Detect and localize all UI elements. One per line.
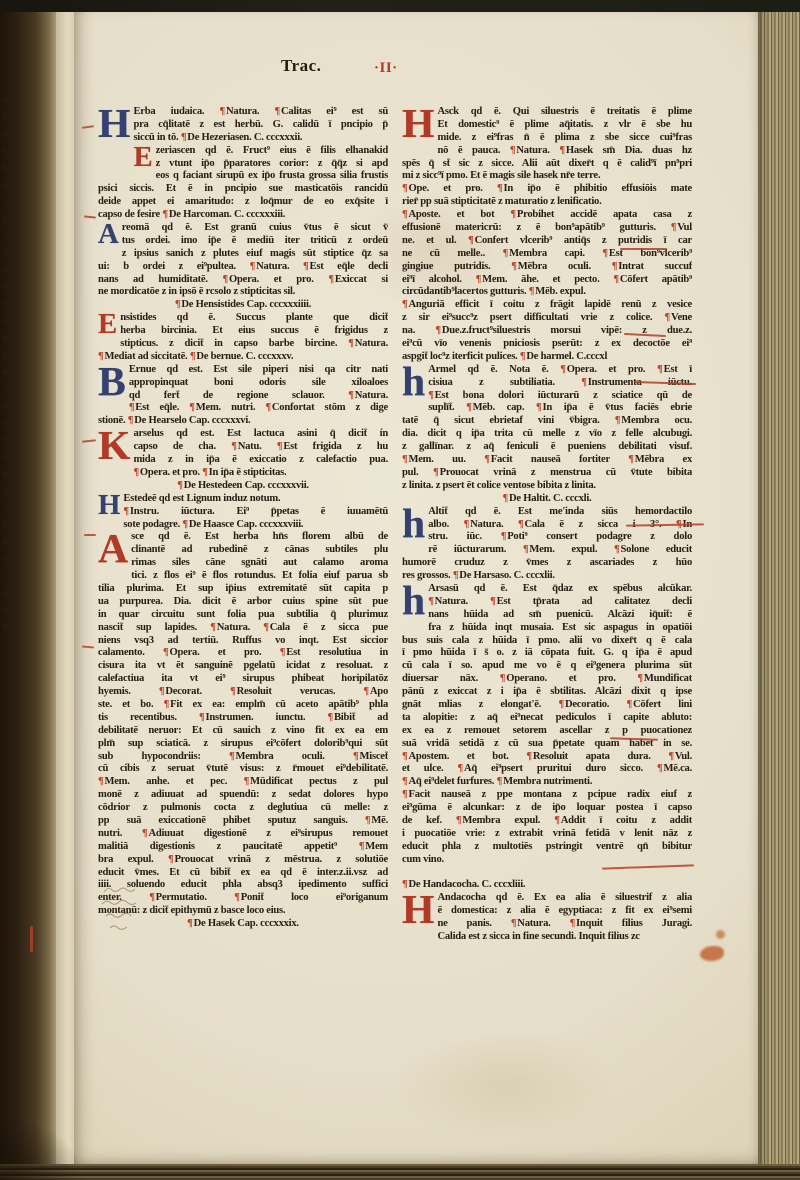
text-line xyxy=(402,867,692,880)
text-line: deide appet ei amaritudo: z loq̄mur de e… xyxy=(98,196,388,209)
text-column-left: HErba iudaica. ¶Natura. ¶Calitas ei⁹ est… xyxy=(98,106,388,931)
pilcrow-icon: ¶ xyxy=(628,454,634,465)
pilcrow-icon: ¶ xyxy=(229,751,235,762)
bleed-text-fragment: sci xyxy=(2,232,24,240)
text-line: ¶Est eq̄le. ¶Mem. nutri. ¶Confortat stōm… xyxy=(129,402,388,415)
text-line: stru. iūc. ¶Poti⁹ consert podagre z dolo xyxy=(428,531,692,544)
text-line: res grossos. ¶De Harsaso. C. cccxlii. xyxy=(402,570,692,583)
bleed-text-fragment: ois xyxy=(2,487,24,495)
paragraph: Areomā qd ē. Est granū cuius v̄tus ē sic… xyxy=(98,222,388,312)
pilcrow-icon: ¶ xyxy=(671,222,677,233)
pilcrow-icon: ¶ xyxy=(328,712,334,723)
paragraph: Asce qd ē. Est herba hn̄s florem albū de… xyxy=(98,531,388,931)
pilcrow-icon: ¶ xyxy=(433,467,439,478)
text-line: clinantē ad rubedinē z cānas subtiles pl… xyxy=(131,544,388,557)
text-line: malitiā digestionis z paucitatē appetit⁹… xyxy=(98,841,388,854)
text-line: arselus qd est. Est lactuca asini q̄ dic… xyxy=(133,428,388,441)
text-line: ¶Apostem. et bot. ¶Resoluit apata dura. … xyxy=(402,751,692,764)
text-line: bus suis cala z hūida ī pmo. alii vo dix… xyxy=(402,635,692,648)
drop-cap-initial: K xyxy=(98,429,130,468)
pilcrow-icon: ¶ xyxy=(275,106,281,117)
drop-cap-initial: h xyxy=(402,365,425,404)
text-line: tici. z flos ei⁹ ē flos rotundus. Et fol… xyxy=(131,570,388,583)
text-line: z gallīnar. z aq̄ feniculi ē pueniens de… xyxy=(402,441,692,454)
pilcrow-icon: ¶ xyxy=(244,776,250,787)
pilcrow-icon: ¶ xyxy=(181,132,187,143)
paper-stain xyxy=(394,1030,614,1140)
pilcrow-icon: ¶ xyxy=(668,751,674,762)
pilcrow-icon: ¶ xyxy=(129,402,135,413)
pilcrow-icon: ¶ xyxy=(123,506,129,517)
text-line: plm̄ sup sciaticā. z sirupus ei⁹cōfert d… xyxy=(98,738,388,751)
text-line: ¶Anguriā efficit ī coitu z frāgit lapidē… xyxy=(402,299,692,312)
bleed-text-fragment: cat xyxy=(2,198,24,206)
pilcrow-icon: ¶ xyxy=(402,776,408,787)
text-line: tatē q̄ sicut ebrietaf vini v̄bigra. ¶Me… xyxy=(402,415,692,428)
paragraph: HErba iudaica. ¶Natura. ¶Calitas ei⁹ est… xyxy=(98,106,388,145)
bleed-text-fragment: se xyxy=(2,130,24,138)
text-line: ne. et ul. ¶Confert vlcerib⁹ antiq̄s z p… xyxy=(402,235,692,248)
text-line: z linita. z psert ēt colice ventose bibi… xyxy=(402,480,692,493)
text-line: aspgit̄ loc⁹z iterficit pulices. ¶De har… xyxy=(402,351,692,364)
text-line: mi z sicc⁹ī pmo. Et ē magis sile hasek n… xyxy=(402,170,692,183)
text-line: sce qd ē. Est herba hn̄s florem albū de xyxy=(131,531,388,544)
facing-page-text-fragments: latuzsen,b,discatnasciia.oifnaosiscrusde… xyxy=(2,96,24,816)
pilcrow-icon: ¶ xyxy=(612,261,618,272)
bleed-text-fragment: y se xyxy=(2,572,24,580)
pilcrow-icon: ¶ xyxy=(637,673,643,684)
text-line: suplīt̄. ¶Mēb. cap. ¶In ip̄a ē v̄tus fac… xyxy=(428,402,692,415)
pilcrow-icon: ¶ xyxy=(581,377,587,388)
paragraph: HAndacocha qd ē. Ex ea alia ē siluestrif… xyxy=(402,892,692,944)
pilcrow-icon: ¶ xyxy=(230,686,236,697)
text-line: ¶Aposte. et bot ¶Probihet accidē apata c… xyxy=(402,209,692,222)
pilcrow-icon: ¶ xyxy=(231,441,237,452)
text-line: de kef. ¶Membra expul. ¶Addit ī coitu z … xyxy=(402,815,692,828)
bleed-text-fragment: lo. xyxy=(2,623,24,631)
pilcrow-icon: ¶ xyxy=(511,918,517,929)
bleed-text-fragment: us xyxy=(2,334,24,342)
pilcrow-icon: ¶ xyxy=(615,415,621,426)
pilcrow-icon: ¶ xyxy=(520,351,526,362)
pilcrow-icon: ¶ xyxy=(402,209,408,220)
text-line: nascit̄ sup lapides. ¶Natura. ¶Cala ē z … xyxy=(98,622,388,635)
pilcrow-icon: ¶ xyxy=(466,402,472,413)
pilcrow-icon: ¶ xyxy=(456,815,462,826)
pilcrow-icon: ¶ xyxy=(476,274,482,285)
paragraph: hArmel qd ē. Nota ē. ¶Opera. et pro. ¶Es… xyxy=(402,364,692,506)
text-line: cum vino. xyxy=(402,854,692,867)
text-line: gnāt mlias z elongat'ē. ¶Decoratio. ¶Cōf… xyxy=(402,699,692,712)
text-line: pra cq̄litatē z est herbū. G. calidū ī p… xyxy=(133,119,388,132)
bleed-text-fragment: ouo xyxy=(2,606,24,614)
drop-cap-initial: H xyxy=(402,107,434,146)
pilcrow-icon: ¶ xyxy=(303,261,309,272)
text-line: fra z hūida inqt musaia. Est sic aspagus… xyxy=(428,622,692,635)
text-line: dia. dicit q ip̄a trita cū melle z vīo z… xyxy=(402,428,692,441)
text-line: effusionē matericrū: z ē bon⁹apātib⁹ gut… xyxy=(402,222,692,235)
text-line: ¶De Haltit. C. cccxli. xyxy=(402,493,692,506)
pilcrow-icon: ¶ xyxy=(570,918,576,929)
text-line: sub hypocondriis: ¶Membra oculi. ¶Miscet… xyxy=(98,751,388,764)
pilcrow-icon: ¶ xyxy=(98,776,104,787)
text-line: i puocatiōe vrie: z extrabit vrinā fetid… xyxy=(402,828,692,841)
pilcrow-icon: ¶ xyxy=(510,145,516,156)
text-line: calefactiua ita vt ei⁹ sirupus phibeat h… xyxy=(98,673,388,686)
pilcrow-icon: ¶ xyxy=(453,570,459,581)
text-line: Estedeē qd est Lignum induz notum. xyxy=(123,493,388,506)
text-line: ¶Instru. iūctura. Ei⁹ p̄petas ē iuuamētū xyxy=(123,506,388,519)
pilcrow-icon: ¶ xyxy=(657,364,663,375)
text-line: nutri. ¶Adiuuat digestionē z ei⁹sirupus … xyxy=(98,828,388,841)
rubric-stroke xyxy=(82,645,94,648)
text-line: herba bircinia. Et eius succus ē frigidu… xyxy=(120,325,388,338)
pilcrow-icon: ¶ xyxy=(560,364,566,375)
text-line: ¶Mediat ad siccitatē. ¶De bernue. C. ccc… xyxy=(98,351,388,364)
bleed-text-fragment: ful xyxy=(2,368,24,376)
paragraph: BErnue qd est. Est sile piperi nisi qa c… xyxy=(98,364,388,428)
text-line: ei⁹cū vīo venenis pniciosis pserūt: z ex… xyxy=(402,338,692,351)
drop-cap-initial: E xyxy=(98,313,117,339)
pilcrow-icon: ¶ xyxy=(464,519,470,530)
pilcrow-icon: ¶ xyxy=(613,274,619,285)
text-line: rier̄ pp suā stipticitatē z maturatio z … xyxy=(402,196,692,209)
pilcrow-icon: ¶ xyxy=(503,248,509,259)
bleed-text-fragment: na xyxy=(2,283,24,291)
text-line: rē iūcturarum. ¶Mem. expul. ¶Solone educ… xyxy=(428,544,692,557)
pilcrow-icon: ¶ xyxy=(159,686,165,697)
pilcrow-icon: ¶ xyxy=(163,647,169,658)
bleed-text-fragment: sci xyxy=(2,504,24,512)
pilcrow-icon: ¶ xyxy=(501,531,507,542)
text-line: ¶De Hensistides Cap. cccxxxiiii. xyxy=(98,299,388,312)
pilcrow-icon: ¶ xyxy=(402,454,408,465)
text-line: ste. et bo. ¶Fit ex ea: emplm̄ cū aceto … xyxy=(98,699,388,712)
bleed-text-fragment: ne xyxy=(2,589,24,597)
paragraph: Karselus qd est. Est lactuca asini q̄ di… xyxy=(98,428,388,492)
pilcrow-icon: ¶ xyxy=(277,441,283,452)
pilcrow-icon: ¶ xyxy=(187,918,193,929)
text-line: ¶De Handacocha. C. cccxliii. xyxy=(402,879,692,892)
pilcrow-icon: ¶ xyxy=(234,892,240,903)
drop-cap-initial: h xyxy=(402,507,425,546)
bleed-text-fragment: sci xyxy=(2,419,24,427)
text-line: mide. z ei⁹fras n̄ ē plima z sbe sicce c… xyxy=(437,132,692,145)
pilcrow-icon: ¶ xyxy=(627,699,633,710)
pilcrow-icon: ¶ xyxy=(511,261,517,272)
paragraph: hAltit̄ qd ē. Est me'inda siūs hemordact… xyxy=(402,506,692,583)
pilcrow-icon: ¶ xyxy=(402,789,408,800)
text-line: ¶Opera. et pro. ¶In ip̄a ē stipticitas. xyxy=(133,467,388,480)
bleed-text-fragment: ipe xyxy=(2,470,24,478)
text-line: Armel qd ē. Nota ē. ¶Opera. et pro. ¶Est… xyxy=(428,364,692,377)
paragraph: Ezeriascen qd ē. Fruct⁹ eius ē filis elh… xyxy=(98,145,388,222)
pilcrow-icon: ¶ xyxy=(497,776,503,787)
folio-number: ·II· xyxy=(374,60,398,77)
text-line: cū cala ī so. apud me vo ē q ei⁹genera p… xyxy=(402,660,692,673)
pilcrow-icon: ¶ xyxy=(365,815,371,826)
text-line: pul. ¶Prouocat vrinā z menstrua cū v̄tut… xyxy=(402,467,692,480)
paragraph: Ensistides qd ē. Succus plante que dicit… xyxy=(98,312,388,364)
text-line: ei⁹gūma ē alcunkar: z de ip̄o loquar pos… xyxy=(402,802,692,815)
text-line: debilitatē neruor: Et cū sauich z vino f… xyxy=(98,725,388,738)
text-line: Et domestic⁹ ē plime aq̄itatis. z vlr ē … xyxy=(437,119,692,132)
drop-cap-initial: B xyxy=(98,365,126,404)
text-line: stipticus. z dicit̄ in capso barbe birci… xyxy=(120,338,388,351)
text-line: qd̄ fert̄ de regione sclauor. ¶Natura. xyxy=(129,390,388,403)
pilcrow-icon: ¶ xyxy=(348,338,354,349)
text-line: pp suā exiccationē phibet sputuz sanguis… xyxy=(98,815,388,828)
pilcrow-icon: ¶ xyxy=(536,402,542,413)
text-line: tis recentibus. ¶Instrumen. iunctu. ¶Bib… xyxy=(98,712,388,725)
bleed-text-fragment: oif xyxy=(2,266,24,274)
text-line: ē domestica: z alia ē egyptiaca: z fit e… xyxy=(437,905,692,918)
pilcrow-icon: ¶ xyxy=(402,183,408,194)
text-line: humorē cruduz z v̄mes z ascariades z hūo xyxy=(402,557,692,570)
pilcrow-icon: ¶ xyxy=(223,274,229,285)
corner-shadow xyxy=(0,1090,120,1180)
drop-cap-initial: H xyxy=(98,107,130,146)
text-line: ua purpurea. Dia. dicit ē arbor cuius sp… xyxy=(98,596,388,609)
ink-smudge-stain xyxy=(716,930,725,939)
text-line: cū cibis z seruat v̄tutē visus: z r̄moue… xyxy=(98,763,388,776)
text-line: capso de fesire ¶De Harcoman. C. cccxxxi… xyxy=(98,209,388,222)
pilcrow-icon: ¶ xyxy=(359,841,365,852)
pilcrow-icon: ¶ xyxy=(164,699,170,710)
text-line: circūdantib⁹lacertos gutturis. ¶Mēb. exp… xyxy=(402,286,692,299)
text-line: z vtunt ip̄o p̄paratores corior: z q̄q̄z… xyxy=(156,158,388,171)
pilcrow-icon: ¶ xyxy=(175,299,181,310)
text-line: Erba iudaica. ¶Natura. ¶Calitas ei⁹ est … xyxy=(133,106,388,119)
bleed-text-fragment: ro xyxy=(2,453,24,461)
top-edge xyxy=(0,0,800,12)
rubric-stroke-vertical xyxy=(30,926,33,952)
pilcrow-icon: ¶ xyxy=(435,325,441,336)
pilcrow-icon: ¶ xyxy=(490,596,496,607)
text-line: ¶Mem. anhe. et pec. ¶Mūdificat pectus z … xyxy=(98,776,388,789)
bleed-text-fragment: va xyxy=(2,385,24,393)
text-line: Ernue qd est. Est sile piperi nisi qa ci… xyxy=(129,364,388,377)
text-line: capso de cha. ¶Natu. ¶Est frigida z hu xyxy=(133,441,388,454)
drop-cap-initial: E xyxy=(133,146,152,172)
text-line: ui: b ordei z ei⁹pultea. ¶Natura. ¶Est e… xyxy=(98,261,388,274)
text-line: ī pmo hūida ī s̄ o. z iā cōpata fuit. G.… xyxy=(402,647,692,660)
text-line: ex ea z remouet setorem ascellar z p puo… xyxy=(402,725,692,738)
pilcrow-icon: ¶ xyxy=(210,622,216,633)
pilcrow-icon: ¶ xyxy=(353,751,359,762)
pilcrow-icon: ¶ xyxy=(529,286,535,297)
pilcrow-icon: ¶ xyxy=(263,622,269,633)
pilcrow-icon: ¶ xyxy=(428,596,434,607)
rubric-stroke xyxy=(82,125,94,129)
text-line: ¶Ope. et pro. ¶In ip̄o ē phibitio effusi… xyxy=(402,183,692,196)
text-line: nō ē pauca. ¶Natura. ¶Hasek sm̄ Dia. dua… xyxy=(437,145,692,158)
pilcrow-icon: ¶ xyxy=(468,235,474,246)
text-line: psici siccis. Et ē in pncipio sue mastic… xyxy=(98,183,388,196)
drop-cap-initial: H xyxy=(98,494,120,520)
text-line: cisura ita vt ēt sanguinē pgelatū icidat… xyxy=(98,660,388,673)
text-line: cōdrior z pulmonis cocta z deglutiua cū … xyxy=(98,802,388,815)
pilcrow-icon: ¶ xyxy=(199,712,205,723)
text-line: nans hūida ad sm̄ puenicū. Alcāzi iq̄uit… xyxy=(428,609,692,622)
text-line: ne panis. ¶Natura. ¶Inquit filius Juragi… xyxy=(437,918,692,931)
pilcrow-icon: ¶ xyxy=(363,686,369,697)
bleed-text-fragment: oa xyxy=(2,402,24,410)
pilcrow-icon: ¶ xyxy=(518,519,524,530)
text-line: stionē. ¶De Hearselo Cap. cccxxxvi. xyxy=(98,415,388,428)
pilcrow-icon: ¶ xyxy=(526,751,532,762)
bleed-text-fragment: uz xyxy=(2,113,24,121)
pilcrow-icon: ¶ xyxy=(428,390,434,401)
bottom-page-edges xyxy=(0,1164,800,1180)
book-photograph: latuzsen,b,discatnasciia.oifnaosiscrusde… xyxy=(0,0,800,1180)
bleed-text-fragment: dis xyxy=(2,181,24,189)
text-line: appropinquat boni odoris sile xiloaloes xyxy=(129,377,388,390)
pilcrow-icon: ¶ xyxy=(558,699,564,710)
text-line: ¶Est bona dolori iūcturarū z sciatice qū… xyxy=(428,390,692,403)
text-line: zeriascen qd ē. Fruct⁹ eius ē filis elha… xyxy=(156,145,388,158)
pilcrow-icon: ¶ xyxy=(265,402,271,413)
fore-edge-pages xyxy=(758,0,800,1180)
pilcrow-icon: ¶ xyxy=(348,390,354,401)
text-line: ta alopitie: z aq̄ ei⁹necat pediculos ī … xyxy=(402,712,692,725)
text-line: Calida est z sicca in fine secundi. Inqu… xyxy=(437,931,692,944)
text-line: sote podagre. ¶De Haasce Cap. cccxxxviii… xyxy=(123,519,388,532)
pilcrow-icon: ¶ xyxy=(500,673,506,684)
text-line: educit v̄mes. Et cū bibit̄ ex ea qd̄ ē i… xyxy=(98,867,388,880)
text-line: gingiue putridis. ¶Mēbra oculi. ¶Intrat … xyxy=(402,261,692,274)
text-line: pānū z exiccat z i ip̄a ē sbtilitas. Alc… xyxy=(402,686,692,699)
text-line: diuersar nāx. ¶Operano. et pro. ¶Mundifi… xyxy=(402,673,692,686)
rubric-stroke xyxy=(84,215,96,218)
bleed-text-fragment: na xyxy=(2,215,24,223)
text-line: educit phla z multotiēs pstringit ventrē… xyxy=(402,841,692,854)
text-line: ¶De Hestedeen Cap. cccxxxvii. xyxy=(98,480,388,493)
pilcrow-icon: ¶ xyxy=(497,183,503,194)
text-line: Altit̄ qd ē. Est me'inda siūs hemordacti… xyxy=(428,506,692,519)
text-line: ne mordicatōe z in ipsō ē rcsolo z stipt… xyxy=(98,286,388,299)
bleed-text-fragment: b, xyxy=(2,164,24,172)
bleed-text-fragment: ter xyxy=(2,436,24,444)
text-line: ¶Aq̄ ei⁹delet furfures. ¶Membra nutrimen… xyxy=(402,776,692,789)
pilcrow-icon: ¶ xyxy=(133,467,139,478)
bleed-text-fragment: ia. xyxy=(2,249,24,257)
text-line: z sir ei⁹succ⁹z psert difficultati vrie … xyxy=(402,312,692,325)
bleed-text-fragment: lus xyxy=(2,521,24,529)
text-line: tilia plurima. Et sup ip̄ius extremitatē… xyxy=(98,583,388,596)
text-line: Asck qd ē. Qui siluestris ē treitatis ē … xyxy=(437,106,692,119)
text-line: ei⁹ī alcohol. ¶Mem. āhe. et pecto. ¶Cōfe… xyxy=(402,274,692,287)
rubric-stroke xyxy=(82,439,96,442)
text-line: siccū in tō. ¶De Hezeriasen. C. cccxxxii… xyxy=(133,132,388,145)
pilcrow-icon: ¶ xyxy=(657,763,663,774)
bleed-text-fragment: oa xyxy=(2,555,24,563)
book-page: Trac. ·II· HErba iudaica. ¶Natura. ¶Cali… xyxy=(74,10,758,1164)
text-line: nans ad humiditatē. ¶Opera. et pro. ¶Exi… xyxy=(98,274,388,287)
pilcrow-icon: ¶ xyxy=(168,854,174,865)
text-line: mida z in ip̄a ē exiccatio z calefactio … xyxy=(133,454,388,467)
pilcrow-icon: ¶ xyxy=(484,454,490,465)
rubric-stroke xyxy=(84,534,96,536)
bleed-text-fragment: lat xyxy=(2,96,24,104)
pilcrow-icon: ¶ xyxy=(177,480,183,491)
pilcrow-icon: ¶ xyxy=(503,493,509,504)
drop-cap-initial: A xyxy=(98,223,119,249)
handwritten-marginalia xyxy=(100,882,146,942)
drop-cap-initial: A xyxy=(98,532,128,571)
bleed-text-fragment: osi xyxy=(2,300,24,308)
pilcrow-icon: ¶ xyxy=(614,544,620,555)
text-line: calamento. ¶Opera. et pro. ¶Est resoluti… xyxy=(98,647,388,660)
pilcrow-icon: ¶ xyxy=(162,209,168,220)
text-line: reomā qd ē. Est granū cuius v̄tus ē sicu… xyxy=(122,222,388,235)
paragraph: HAsck qd ē. Qui siluestris ē treitatis ē… xyxy=(402,106,692,364)
pilcrow-icon: ¶ xyxy=(554,815,560,826)
text-line: tus ordei. imo ip̄e ē mediū iter triticū… xyxy=(122,235,388,248)
text-line: rimas siles cāne sgnāti aut calamo aroma xyxy=(131,557,388,570)
text-line: in quar circuitu sunt folia pua subtilia… xyxy=(98,609,388,622)
drop-cap-initial: H xyxy=(402,893,434,932)
pilcrow-icon: ¶ xyxy=(220,106,226,117)
text-line: monē z adiuuat ad spuendū: z sedat dolor… xyxy=(98,789,388,802)
text-line: eos q faciant sirupū ex ip̄o frusta gros… xyxy=(156,170,388,183)
bleed-text-fragment: der xyxy=(2,351,24,359)
drop-cap-initial: h xyxy=(402,584,425,623)
pilcrow-icon: ¶ xyxy=(402,299,408,310)
pilcrow-icon: ¶ xyxy=(602,248,608,259)
paragraph: HEstedeē qd est Lignum induz notum.¶Inst… xyxy=(98,493,388,532)
pilcrow-icon: ¶ xyxy=(665,312,671,323)
pilcrow-icon: ¶ xyxy=(189,402,195,413)
pilcrow-icon: ¶ xyxy=(250,261,256,272)
pilcrow-icon: ¶ xyxy=(559,145,565,156)
text-line: z ipsius sanich z plutes eiuf magis sūt … xyxy=(122,248,388,261)
bleed-text-fragment: bo l xyxy=(2,538,24,546)
text-line: Andacocha qd ē. Ex ea alia ē siluestrif … xyxy=(437,892,692,905)
pilcrow-icon: ¶ xyxy=(142,828,148,839)
text-line: ¶Facit nauseā z ppe montana z pcipue rad… xyxy=(402,789,692,802)
text-line: hyemis. ¶Decorat. ¶Resoluit verucas. ¶Ap… xyxy=(98,686,388,699)
text-line: ¶Mem. uu. ¶Facit nauseā fortiter ¶Mēbra … xyxy=(402,454,692,467)
pilcrow-icon: ¶ xyxy=(510,209,516,220)
pilcrow-icon: ¶ xyxy=(182,519,188,530)
pilcrow-icon: ¶ xyxy=(523,544,529,555)
pilcrow-icon: ¶ xyxy=(402,751,408,762)
text-line: nsistides qd ē. Succus plante que dicit̄ xyxy=(120,312,388,325)
pilcrow-icon: ¶ xyxy=(280,647,286,658)
text-line: et ulce. ¶Aq̄ ei⁹psert pruritui duro sic… xyxy=(402,763,692,776)
pilcrow-icon: ¶ xyxy=(328,274,334,285)
running-title: Trac. xyxy=(281,56,321,76)
text-line: bra expul. ¶Prouocat vrinā z mēstrua. z … xyxy=(98,854,388,867)
pilcrow-icon: ¶ xyxy=(202,467,208,478)
pilcrow-icon: ¶ xyxy=(190,351,196,362)
text-line: ¶Natura. ¶Est tp̄rata ad calitatez decli xyxy=(428,596,692,609)
bleed-text-fragment: scr xyxy=(2,317,24,325)
pilcrow-icon: ¶ xyxy=(457,763,463,774)
text-line: spēs q̄ st̄ sic z sicce. Alii aūt dixer̄… xyxy=(402,158,692,171)
pilcrow-icon: ¶ xyxy=(149,892,155,903)
rubric-stroke xyxy=(620,248,666,250)
text-line: Arsasū qd ē. Est q̄daz ex spēbus alcūkar… xyxy=(428,583,692,596)
bleed-text-fragment: n, xyxy=(2,147,24,155)
text-line: niens vsq3 ad tertiū. Ruffus vo inqt. Es… xyxy=(98,635,388,648)
